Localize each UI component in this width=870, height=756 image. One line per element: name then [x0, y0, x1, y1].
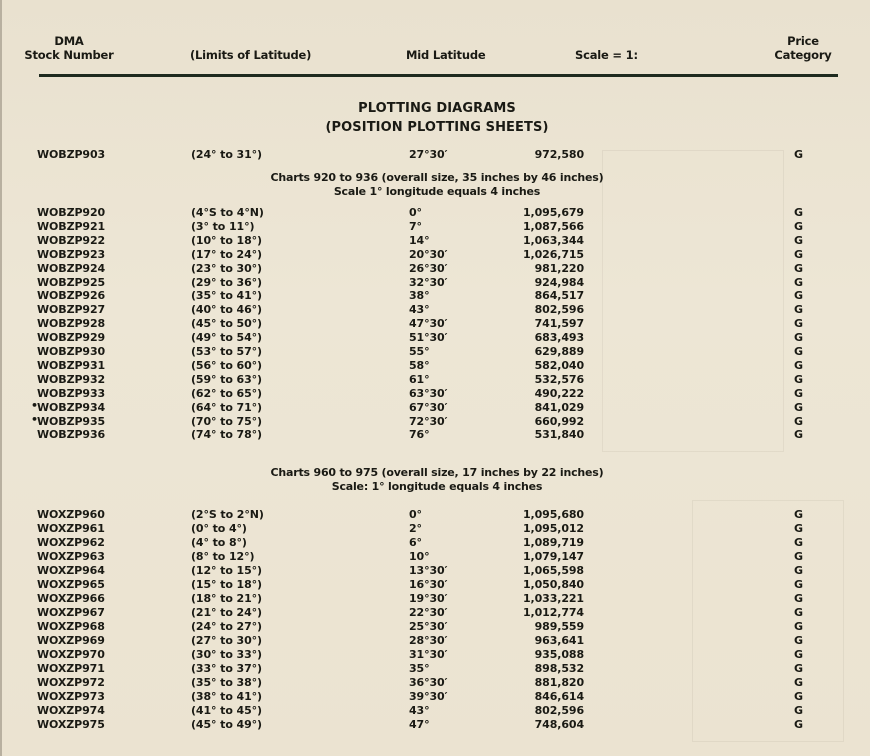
- stock-number: WOXZP967: [37, 606, 105, 620]
- scale: 1,089,719: [523, 536, 584, 550]
- table-row: WOXZP962 (4° to 8°) 6° 1,089,719 G: [2, 536, 870, 550]
- mid-latitude: 47°30′: [409, 317, 447, 331]
- latitude-limits: (4°S to 4°N): [191, 206, 264, 220]
- latitude-limits: (27° to 30°): [191, 634, 262, 648]
- latitude-limits: (29° to 36°): [191, 276, 262, 290]
- latitude-limits: (21° to 24°): [191, 606, 262, 620]
- header-stock-line2: Stock Number: [24, 48, 114, 62]
- table-row: WOXZP971 (33° to 37°) 35° 898,532 G: [2, 662, 870, 676]
- stock-number: WOBZP930: [37, 345, 105, 359]
- stock-number: WOXZP962: [37, 536, 105, 550]
- latitude-limits: (45° to 49°): [191, 718, 262, 732]
- latitude-limits: (62° to 65°): [191, 387, 262, 401]
- price-category: G: [794, 428, 803, 442]
- scale: 846,614: [535, 690, 584, 704]
- stock-number: WOXZP966: [37, 592, 105, 606]
- table-row: WOBZP929 (49° to 54°) 51°30′ 683,493 G: [2, 331, 870, 345]
- table-row: WOBZP922 (10° to 18°) 14° 1,063,344 G: [2, 234, 870, 248]
- mid-latitude: 2°: [409, 522, 422, 536]
- latitude-limits: (10° to 18°): [191, 234, 262, 248]
- price-category: G: [794, 634, 803, 648]
- stock-number: WOXZP970: [37, 648, 105, 662]
- mid-latitude: 32°30′: [409, 276, 447, 290]
- stock-number: WOBZP923: [37, 248, 105, 262]
- latitude-limits: (59° to 63°): [191, 373, 262, 387]
- table-row: WOXZP972 (35° to 38°) 36°30′ 881,820 G: [2, 676, 870, 690]
- mid-latitude: 6°: [409, 536, 422, 550]
- stock-number: WOXZP975: [37, 718, 105, 732]
- table-header: DMA Stock Number (Limits of Latitude) Mi…: [2, 0, 870, 80]
- table-row: WOXZP967 (21° to 24°) 22°30′ 1,012,774 G: [2, 606, 870, 620]
- price-category: G: [794, 276, 803, 290]
- scale: 802,596: [535, 303, 584, 317]
- stock-number: WOXZP971: [37, 662, 105, 676]
- price-category: G: [794, 676, 803, 690]
- header-price-line1: Price: [772, 34, 834, 48]
- latitude-limits: (30° to 33°): [191, 648, 262, 662]
- scale: 1,095,680: [523, 508, 584, 522]
- table-row: WOBZP932 (59° to 63°) 61° 532,576 G: [2, 373, 870, 387]
- mid-latitude: 63°30′: [409, 387, 447, 401]
- latitude-limits: (23° to 30°): [191, 262, 262, 276]
- stock-number: WOXZP969: [37, 634, 105, 648]
- price-category: G: [794, 148, 803, 162]
- scale: 531,840: [535, 428, 584, 442]
- price-category: G: [794, 606, 803, 620]
- latitude-limits: (4° to 8°): [191, 536, 247, 550]
- table-row: WOBZP936 (74° to 78°) 76° 531,840 G: [2, 428, 870, 442]
- stock-number: WOXZP965: [37, 578, 105, 592]
- table-row: WOXZP964 (12° to 15°) 13°30′ 1,065,598 G: [2, 564, 870, 578]
- mid-latitude: 39°30′: [409, 690, 447, 704]
- scale: 989,559: [535, 620, 584, 634]
- table-row: WOBZP933 (62° to 65°) 63°30′ 490,222 G: [2, 387, 870, 401]
- latitude-limits: (24° to 31°): [191, 148, 262, 162]
- scale: 1,026,715: [523, 248, 584, 262]
- price-category: G: [794, 578, 803, 592]
- price-category: G: [794, 373, 803, 387]
- header-stock-number: DMA Stock Number: [24, 34, 114, 62]
- price-category: G: [794, 718, 803, 732]
- table-row: WOXZP969 (27° to 30°) 28°30′ 963,641 G: [2, 634, 870, 648]
- stock-number: WOBZP932: [37, 373, 105, 387]
- scale: 660,992: [535, 415, 584, 429]
- table-row: WOXZP961 (0° to 4°) 2° 1,095,012 G: [2, 522, 870, 536]
- table-row: WOXZP973 (38° to 41°) 39°30′ 846,614 G: [2, 690, 870, 704]
- header-rule: [39, 74, 838, 77]
- stock-number: WOBZP903: [37, 148, 105, 162]
- mid-latitude: 61°: [409, 373, 430, 387]
- table-row: WOBZP903 (24° to 31°) 27°30′ 972,580 G: [2, 148, 870, 162]
- latitude-limits: (38° to 41°): [191, 690, 262, 704]
- stock-number: WOXZP973: [37, 690, 105, 704]
- price-category: G: [794, 550, 803, 564]
- stock-number: WOXZP961: [37, 522, 105, 536]
- price-category: G: [794, 704, 803, 718]
- stock-number: WOBZP922: [37, 234, 105, 248]
- mid-latitude: 28°30′: [409, 634, 447, 648]
- latitude-limits: (35° to 38°): [191, 676, 262, 690]
- scale: 683,493: [535, 331, 584, 345]
- stock-number: WOXZP960: [37, 508, 105, 522]
- mid-latitude: 51°30′: [409, 331, 447, 345]
- price-category: G: [794, 648, 803, 662]
- stock-number: WOBZP926: [37, 289, 105, 303]
- stock-number: WOBZP920: [37, 206, 105, 220]
- price-category: G: [794, 401, 803, 415]
- mid-latitude: 14°: [409, 234, 430, 248]
- section-subtitle: (POSITION PLOTTING SHEETS): [2, 119, 870, 137]
- stock-number: WOXZP968: [37, 620, 105, 634]
- scale: 1,087,566: [523, 220, 584, 234]
- scale: 864,517: [535, 289, 584, 303]
- mid-latitude: 36°30′: [409, 676, 447, 690]
- price-category: G: [794, 206, 803, 220]
- mid-latitude: 43°: [409, 704, 430, 718]
- price-category: G: [794, 662, 803, 676]
- stock-number: WOXZP972: [37, 676, 105, 690]
- latitude-limits: (70° to 75°): [191, 415, 262, 429]
- table-row: WOBZP928 (45° to 50°) 47°30′ 741,597 G: [2, 317, 870, 331]
- table-row: WOBZP924 (23° to 30°) 26°30′ 981,220 G: [2, 262, 870, 276]
- scale: 1,033,221: [523, 592, 584, 606]
- scale: 898,532: [535, 662, 584, 676]
- header-limits: (Limits of Latitude): [190, 48, 311, 62]
- table-row: WOBZP931 (56° to 60°) 58° 582,040 G: [2, 359, 870, 373]
- latitude-limits: (45° to 50°): [191, 317, 262, 331]
- scale: 490,222: [535, 387, 584, 401]
- mid-latitude: 0°: [409, 508, 422, 522]
- latitude-limits: (40° to 46°): [191, 303, 262, 317]
- mid-latitude: 20°30′: [409, 248, 447, 262]
- price-category: G: [794, 303, 803, 317]
- table-row: •WOBZP935 (70° to 75°) 72°30′ 660,992 G: [2, 415, 870, 429]
- table-row: WOBZP923 (17° to 24°) 20°30′ 1,026,715 G: [2, 248, 870, 262]
- stock-number: •WOBZP935: [37, 415, 105, 429]
- stock-number: WOBZP929: [37, 331, 105, 345]
- header-stock-line1: DMA: [24, 34, 114, 48]
- price-category: G: [794, 359, 803, 373]
- table-row: WOXZP970 (30° to 33°) 31°30′ 935,088 G: [2, 648, 870, 662]
- scale: 841,029: [535, 401, 584, 415]
- stock-number: WOBZP928: [37, 317, 105, 331]
- latitude-limits: (3° to 11°): [191, 220, 254, 234]
- scale: 981,220: [535, 262, 584, 276]
- scale: 582,040: [535, 359, 584, 373]
- stock-number: WOBZP931: [37, 359, 105, 373]
- latitude-limits: (12° to 15°): [191, 564, 262, 578]
- scale: 629,889: [535, 345, 584, 359]
- mid-latitude: 22°30′: [409, 606, 447, 620]
- latitude-limits: (2°S to 2°N): [191, 508, 264, 522]
- price-category: G: [794, 690, 803, 704]
- table-row: WOBZP920 (4°S to 4°N) 0° 1,095,679 G: [2, 206, 870, 220]
- scale: 1,095,012: [523, 522, 584, 536]
- table-row: WOXZP966 (18° to 21°) 19°30′ 1,033,221 G: [2, 592, 870, 606]
- mid-latitude: 19°30′: [409, 592, 447, 606]
- latitude-limits: (41° to 45°): [191, 704, 262, 718]
- stock-number: WOXZP964: [37, 564, 105, 578]
- header-price-line2: Category: [772, 48, 834, 62]
- mid-latitude: 25°30′: [409, 620, 447, 634]
- scale: 1,050,840: [523, 578, 584, 592]
- group1-note-scale: Scale 1° longitude equals 4 inches: [2, 185, 870, 199]
- price-category: G: [794, 522, 803, 536]
- asterisk-marker: •: [31, 399, 38, 413]
- latitude-limits: (18° to 21°): [191, 592, 262, 606]
- table-row: WOBZP921 (3° to 11°) 7° 1,087,566 G: [2, 220, 870, 234]
- latitude-limits: (0° to 4°): [191, 522, 247, 536]
- scale: 741,597: [535, 317, 584, 331]
- table-row: •WOBZP934 (64° to 71°) 67°30′ 841,029 G: [2, 401, 870, 415]
- mid-latitude: 26°30′: [409, 262, 447, 276]
- group2-note-size: Charts 960 to 975 (overall size, 17 inch…: [2, 466, 870, 480]
- table-row: WOXZP974 (41° to 45°) 43° 802,596 G: [2, 704, 870, 718]
- latitude-limits: (64° to 71°): [191, 401, 262, 415]
- group1-note-size: Charts 920 to 936 (overall size, 35 inch…: [2, 171, 870, 185]
- price-category: G: [794, 289, 803, 303]
- catalog-page: DMA Stock Number (Limits of Latitude) Mi…: [0, 0, 870, 756]
- mid-latitude: 72°30′: [409, 415, 447, 429]
- table-row: WOXZP968 (24° to 27°) 25°30′ 989,559 G: [2, 620, 870, 634]
- table-row: WOBZP927 (40° to 46°) 43° 802,596 G: [2, 303, 870, 317]
- latitude-limits: (74° to 78°): [191, 428, 262, 442]
- mid-latitude: 10°: [409, 550, 430, 564]
- mid-latitude: 55°: [409, 345, 430, 359]
- stock-number: WOBZP936: [37, 428, 105, 442]
- stock-number: •WOBZP934: [37, 401, 105, 415]
- price-category: G: [794, 536, 803, 550]
- stock-number: WOBZP925: [37, 276, 105, 290]
- table-row: WOBZP930 (53° to 57°) 55° 629,889 G: [2, 345, 870, 359]
- stock-number: WOBZP933: [37, 387, 105, 401]
- mid-latitude: 27°30′: [409, 148, 447, 162]
- scale: 972,580: [535, 148, 584, 162]
- stock-number: WOBZP927: [37, 303, 105, 317]
- scale: 802,596: [535, 704, 584, 718]
- stock-number: WOXZP963: [37, 550, 105, 564]
- mid-latitude: 35°: [409, 662, 430, 676]
- stock-number: WOXZP974: [37, 704, 105, 718]
- price-category: G: [794, 262, 803, 276]
- stock-number: WOBZP921: [37, 220, 105, 234]
- table-row: WOBZP926 (35° to 41°) 38° 864,517 G: [2, 289, 870, 303]
- mid-latitude: 76°: [409, 428, 430, 442]
- mid-latitude: 43°: [409, 303, 430, 317]
- mid-latitude: 13°30′: [409, 564, 447, 578]
- section-title: PLOTTING DIAGRAMS: [2, 100, 870, 118]
- table-row: WOXZP965 (15° to 18°) 16°30′ 1,050,840 G: [2, 578, 870, 592]
- price-category: G: [794, 415, 803, 429]
- price-category: G: [794, 620, 803, 634]
- group2-note-scale: Scale: 1° longitude equals 4 inches: [2, 480, 870, 494]
- latitude-limits: (15° to 18°): [191, 578, 262, 592]
- stock-number: WOBZP924: [37, 262, 105, 276]
- asterisk-marker: •: [31, 413, 38, 427]
- latitude-limits: (17° to 24°): [191, 248, 262, 262]
- scale: 881,820: [535, 676, 584, 690]
- scale: 1,065,598: [523, 564, 584, 578]
- scale: 748,604: [535, 718, 584, 732]
- scale: 924,984: [535, 276, 584, 290]
- mid-latitude: 0°: [409, 206, 422, 220]
- mid-latitude: 38°: [409, 289, 430, 303]
- table-row: WOXZP963 (8° to 12°) 10° 1,079,147 G: [2, 550, 870, 564]
- scale: 1,012,774: [523, 606, 584, 620]
- table-row: WOBZP925 (29° to 36°) 32°30′ 924,984 G: [2, 276, 870, 290]
- scale: 935,088: [535, 648, 584, 662]
- scale: 1,079,147: [523, 550, 584, 564]
- mid-latitude: 31°30′: [409, 648, 447, 662]
- latitude-limits: (49° to 54°): [191, 331, 262, 345]
- mid-latitude: 7°: [409, 220, 422, 234]
- header-mid-latitude: Mid Latitude: [406, 48, 485, 62]
- price-category: G: [794, 592, 803, 606]
- price-category: G: [794, 234, 803, 248]
- header-scale: Scale = 1:: [575, 48, 638, 62]
- price-category: G: [794, 387, 803, 401]
- price-category: G: [794, 317, 803, 331]
- table-row: WOXZP975 (45° to 49°) 47° 748,604 G: [2, 718, 870, 732]
- latitude-limits: (24° to 27°): [191, 620, 262, 634]
- latitude-limits: (35° to 41°): [191, 289, 262, 303]
- latitude-limits: (33° to 37°): [191, 662, 262, 676]
- table-row: WOXZP960 (2°S to 2°N) 0° 1,095,680 G: [2, 508, 870, 522]
- price-category: G: [794, 248, 803, 262]
- latitude-limits: (53° to 57°): [191, 345, 262, 359]
- header-price-category: Price Category: [772, 34, 834, 62]
- latitude-limits: (56° to 60°): [191, 359, 262, 373]
- scale: 1,063,344: [523, 234, 584, 248]
- scale: 963,641: [535, 634, 584, 648]
- scale: 1,095,679: [523, 206, 584, 220]
- mid-latitude: 58°: [409, 359, 430, 373]
- mid-latitude: 16°30′: [409, 578, 447, 592]
- price-category: G: [794, 564, 803, 578]
- price-category: G: [794, 331, 803, 345]
- mid-latitude: 47°: [409, 718, 430, 732]
- mid-latitude: 67°30′: [409, 401, 447, 415]
- price-category: G: [794, 345, 803, 359]
- latitude-limits: (8° to 12°): [191, 550, 254, 564]
- price-category: G: [794, 508, 803, 522]
- price-category: G: [794, 220, 803, 234]
- scale: 532,576: [535, 373, 584, 387]
